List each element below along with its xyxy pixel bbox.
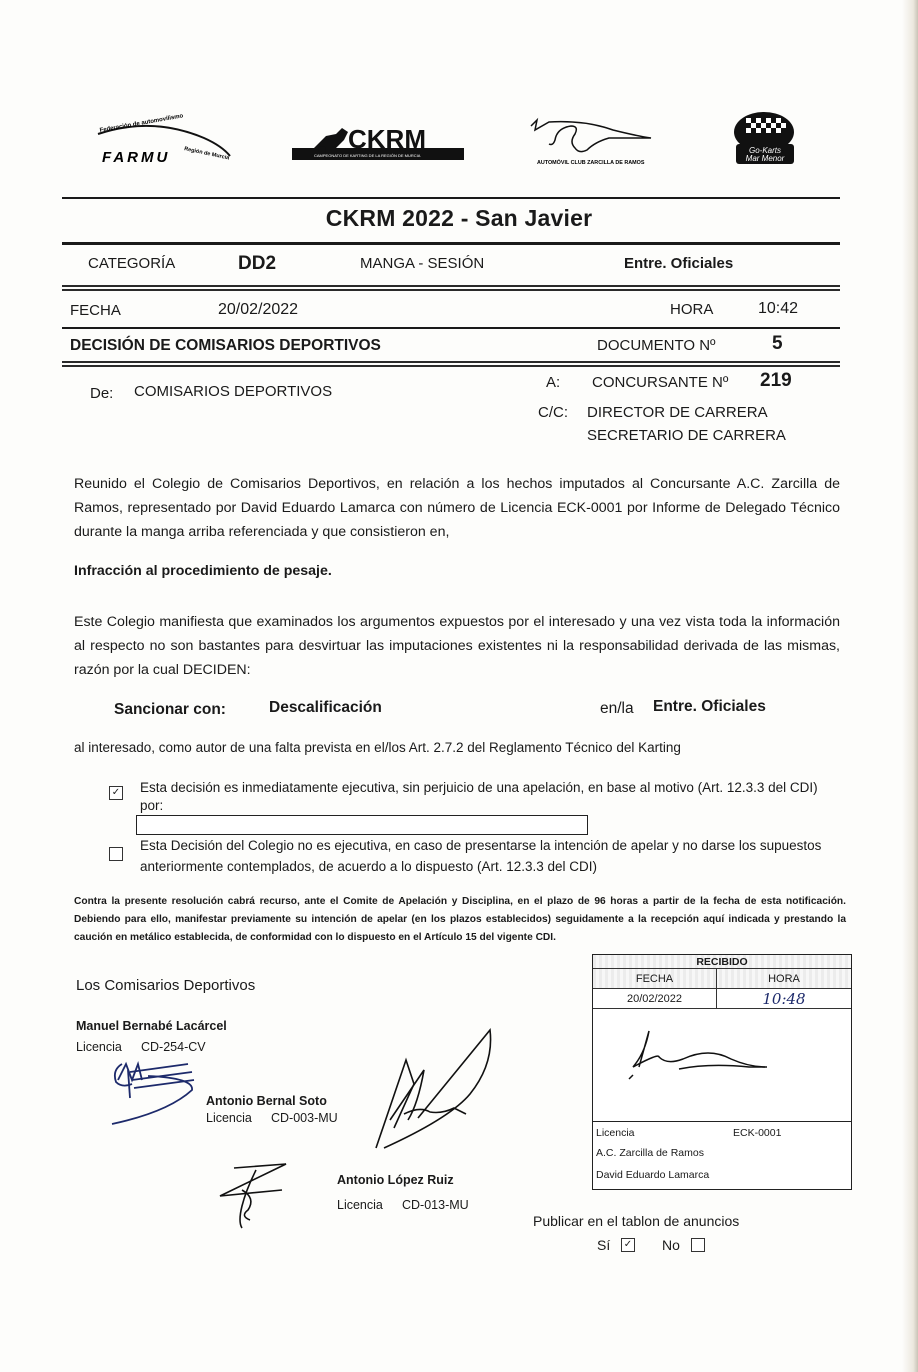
- svg-text:CKRM: CKRM: [348, 124, 426, 154]
- page-edge-shadow: [902, 0, 918, 1372]
- commissioner-name: Antonio López Ruiz: [337, 1173, 454, 1187]
- signature-receiver: [619, 1027, 779, 1087]
- paragraph-decision: Este Colegio manifiesta que examinados l…: [74, 610, 840, 682]
- receipt-title-row: RECIBIDO: [593, 955, 851, 969]
- de-label: De:: [90, 385, 113, 402]
- receipt-club: A.C. Zarcilla de Ramos: [596, 1147, 704, 1159]
- publicar-label: Publicar en el tablon de anuncios: [533, 1213, 739, 1229]
- documento-label: DOCUMENTO Nº: [597, 337, 716, 354]
- cc-label: C/C:: [538, 404, 568, 421]
- signature-lacarcel: [108, 1058, 208, 1128]
- de-value: COMISARIOS DEPORTIVOS: [134, 383, 332, 400]
- receipt-hora-label: HORA: [717, 969, 851, 988]
- receipt-fecha-label: FECHA: [593, 969, 717, 988]
- commissioner-licence: CD-003-MU: [271, 1111, 338, 1125]
- commissioner-name: Manuel Bernabé Lacárcel: [76, 1019, 227, 1033]
- receipt-box: RECIBIDO FECHA HORA 20/02/2022 10:48 Lic…: [592, 954, 852, 1190]
- infraction-text: Infracción al procedimiento de pesaje.: [74, 563, 332, 579]
- receipt-fecha-value: 20/02/2022: [593, 989, 717, 1008]
- sancion-value: Descalificación: [269, 699, 382, 717]
- cc-recipient: SECRETARIO DE CARRERA: [587, 427, 786, 444]
- appeal-notice: Contra la presente resolución cabrá recu…: [74, 893, 846, 947]
- paragraph-facts: Reunido el Colegio de Comisarios Deporti…: [74, 472, 840, 544]
- receipt-title: RECIBIDO: [593, 955, 851, 968]
- publicar-no-checkbox[interactable]: [691, 1238, 705, 1252]
- receipt-licencia-value: ECK-0001: [733, 1127, 781, 1139]
- non-executive-decision-checkbox[interactable]: [109, 847, 123, 861]
- signature-bernal: [370, 1024, 500, 1154]
- divider: [62, 361, 840, 367]
- a-label: A:: [546, 374, 560, 391]
- enla-label: en/la: [600, 700, 634, 718]
- enla-value: Entre. Oficiales: [653, 698, 766, 716]
- option-non-executive-text: Esta Decisión del Colegio no es ejecutiv…: [140, 835, 830, 877]
- option-executive-text: Esta decisión es inmediatamente ejecutiv…: [140, 777, 830, 799]
- ckrm-logo: CKRM CAMPEONATO DE KARTING DE LA REGIÓN …: [292, 122, 464, 164]
- cc-recipient: DIRECTOR DE CARRERA: [587, 404, 768, 421]
- svg-text:CAMPEONATO DE KARTING DE LA RE: CAMPEONATO DE KARTING DE LA REGIÓN DE MU…: [314, 153, 421, 158]
- fecha-value: 20/02/2022: [218, 301, 298, 319]
- receipt-representative: David Eduardo Lamarca: [596, 1169, 709, 1181]
- categoria-label: CATEGORÍA: [88, 255, 175, 272]
- divider: [593, 1121, 851, 1122]
- gokarts-mar-menor-logo: Go-Karts Mar Menor: [728, 108, 802, 166]
- divider: [62, 242, 840, 245]
- manga-value: Entre. Oficiales: [624, 255, 733, 272]
- checkmark-icon: ✓: [112, 788, 120, 798]
- manga-label: MANGA - SESIÓN: [360, 255, 484, 272]
- automovil-club-zarcilla-logo: AUTOMÓVIL CLUB ZARCILLA DE RAMOS: [525, 114, 655, 170]
- commissioner-name: Antonio Bernal Soto: [206, 1094, 327, 1108]
- commissioner-licence: CD-254-CV: [141, 1040, 206, 1054]
- divider: [62, 197, 840, 199]
- receipt-values-row: 20/02/2022 10:48: [593, 989, 851, 1009]
- publicar-si-label: Sí: [597, 1237, 610, 1253]
- categoria-value: DD2: [238, 253, 276, 275]
- executive-decision-checkbox[interactable]: ✓: [109, 786, 123, 800]
- hora-value: 10:42: [758, 300, 798, 318]
- page-title: CKRM 2022 - San Javier: [0, 205, 918, 232]
- checkmark-icon: ✓: [624, 1240, 632, 1250]
- svg-text:Federación de automovilismo: Federación de automovilismo: [99, 113, 184, 134]
- commissioners-heading: Los Comisarios Deportivos: [76, 977, 255, 994]
- article-text: al interesado, como autor de una falta p…: [74, 740, 681, 755]
- divider: [62, 327, 840, 329]
- por-reason-field[interactable]: [136, 815, 588, 835]
- farmu-logo: Federación de automovilismo Región de Mu…: [92, 112, 242, 172]
- receipt-licencia-label: Licencia: [596, 1127, 635, 1139]
- decision-title: DECISIÓN DE COMISARIOS DEPORTIVOS: [70, 337, 381, 355]
- por-label: por:: [140, 798, 163, 813]
- licencia-label: Licencia: [76, 1040, 122, 1054]
- publicar-si-checkbox[interactable]: ✓: [621, 1238, 635, 1252]
- sancionar-label: Sancionar con:: [114, 701, 226, 719]
- svg-text:FARMU: FARMU: [102, 149, 170, 166]
- commissioner-licence: CD-013-MU: [402, 1198, 469, 1212]
- licencia-label: Licencia: [337, 1198, 383, 1212]
- divider: [62, 285, 840, 291]
- concursante-number: 219: [760, 370, 792, 392]
- svg-text:AUTOMÓVIL CLUB ZARCILLA DE RAM: AUTOMÓVIL CLUB ZARCILLA DE RAMOS: [537, 158, 645, 166]
- receipt-header-row: FECHA HORA: [593, 969, 851, 989]
- svg-text:Mar Menor: Mar Menor: [746, 154, 785, 163]
- receipt-hora-value: 10:48: [717, 989, 851, 1008]
- publicar-no-label: No: [662, 1237, 680, 1253]
- fecha-label: FECHA: [70, 302, 121, 319]
- documento-number: 5: [772, 333, 783, 355]
- a-value: CONCURSANTE Nº: [592, 374, 728, 391]
- signature-lopez: [212, 1160, 292, 1230]
- hora-label: HORA: [670, 301, 713, 318]
- licencia-label: Licencia: [206, 1111, 252, 1125]
